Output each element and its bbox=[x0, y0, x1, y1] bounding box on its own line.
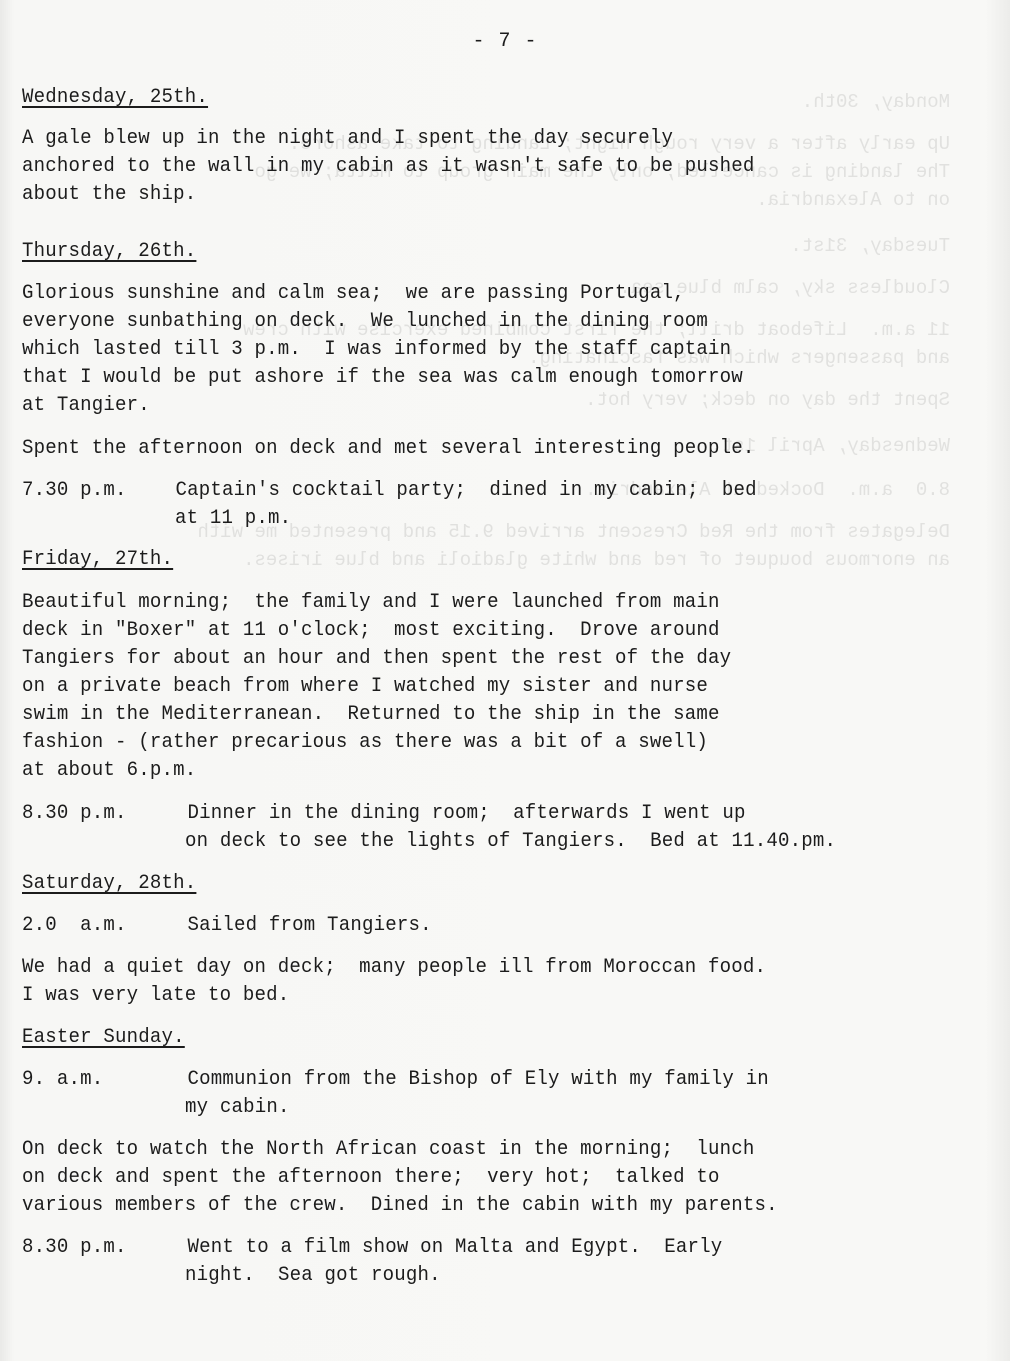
bleed-line: Delegates from the Red Crescent arrived … bbox=[197, 518, 950, 546]
text-line: which lasted till 3 p.m. I was informed … bbox=[22, 336, 731, 364]
entry-time: 9. a.m. bbox=[22, 1066, 188, 1094]
bleed-line: an enormous bouquet of red and white gla… bbox=[243, 546, 950, 574]
text-line: Spent the afternoon on deck and met seve… bbox=[22, 435, 755, 463]
text-line: at 11 p.m. bbox=[175, 505, 291, 533]
entry-heading: Easter Sunday. bbox=[22, 1024, 185, 1052]
text-line: various members of the crew. Dined in th… bbox=[22, 1192, 778, 1220]
text-line: I was very late to bed. bbox=[22, 982, 289, 1010]
text-line: Tangiers for about an hour and then spen… bbox=[22, 645, 731, 673]
bleed-line: Tuesday, 31st. bbox=[790, 232, 950, 260]
text-line: On deck to watch the North African coast… bbox=[22, 1136, 755, 1164]
text-line: fashion - (rather precarious as there wa… bbox=[22, 729, 708, 757]
text-line: anchored to the wall in my cabin as it w… bbox=[22, 153, 755, 181]
text-line: Beautiful morning; the family and I were… bbox=[22, 589, 720, 617]
entry-heading: Wednesday, 25th. bbox=[22, 84, 208, 112]
entry-time: 2.0 a.m. bbox=[22, 912, 188, 940]
document-page: Monday, 30th. Up early after a very roug… bbox=[0, 0, 1010, 1361]
entry-text: Captain's cocktail party; dined in my ca… bbox=[175, 479, 756, 502]
entry-text: Sailed from Tangiers. bbox=[188, 914, 432, 937]
timed-line: 2.0 a.m.Sailed from Tangiers. bbox=[22, 912, 432, 940]
text-line: on a private beach from where I watched … bbox=[22, 673, 708, 701]
text-line: on deck to see the lights of Tangiers. B… bbox=[185, 828, 836, 856]
text-line: Glorious sunshine and calm sea; we are p… bbox=[22, 280, 685, 308]
bleed-line: on to Alexandria. bbox=[756, 186, 950, 214]
bleed-line: Monday, 30th. bbox=[802, 88, 950, 116]
text-line: swim in the Mediterranean. Returned to t… bbox=[22, 701, 720, 729]
timed-line: 8.30 p.m.Went to a film show on Malta an… bbox=[22, 1234, 722, 1262]
entry-heading: Saturday, 28th. bbox=[22, 870, 196, 898]
text-line: about the ship. bbox=[22, 181, 196, 209]
page-number: - 7 - bbox=[0, 30, 1010, 53]
text-line: everyone sunbathing on deck. We lunched … bbox=[22, 308, 708, 336]
timed-line: 7.30 p.m.Captain's cocktail party; dined… bbox=[22, 477, 757, 505]
timed-line: 9. a.m.Communion from the Bishop of Ely … bbox=[22, 1066, 769, 1094]
entry-time: 8.30 p.m. bbox=[22, 800, 188, 828]
entry-text: Went to a film show on Malta and Egypt. … bbox=[188, 1236, 723, 1259]
text-line: A gale blew up in the night and I spent … bbox=[22, 125, 673, 153]
entry-time: 7.30 p.m. bbox=[22, 477, 175, 505]
text-line: at about 6.p.m. bbox=[22, 757, 196, 785]
text-line: my cabin. bbox=[185, 1094, 290, 1122]
text-line: at Tangier. bbox=[22, 392, 150, 420]
entry-text: Communion from the Bishop of Ely with my… bbox=[188, 1068, 769, 1091]
timed-line: 8.30 p.m.Dinner in the dining room; afte… bbox=[22, 800, 746, 828]
text-line: deck in "Boxer" at 11 o'clock; most exci… bbox=[22, 617, 720, 645]
text-line: that I would be put ashore if the sea wa… bbox=[22, 364, 743, 392]
text-line: night. Sea got rough. bbox=[185, 1262, 441, 1290]
text-line: on deck and spent the afternoon there; v… bbox=[22, 1164, 720, 1192]
entry-heading: Thursday, 26th. bbox=[22, 238, 196, 266]
text-line: We had a quiet day on deck; many people … bbox=[22, 954, 766, 982]
entry-time: 8.30 p.m. bbox=[22, 1234, 188, 1262]
entry-text: Dinner in the dining room; afterwards I … bbox=[188, 802, 746, 825]
entry-heading: Friday, 27th. bbox=[22, 546, 173, 574]
